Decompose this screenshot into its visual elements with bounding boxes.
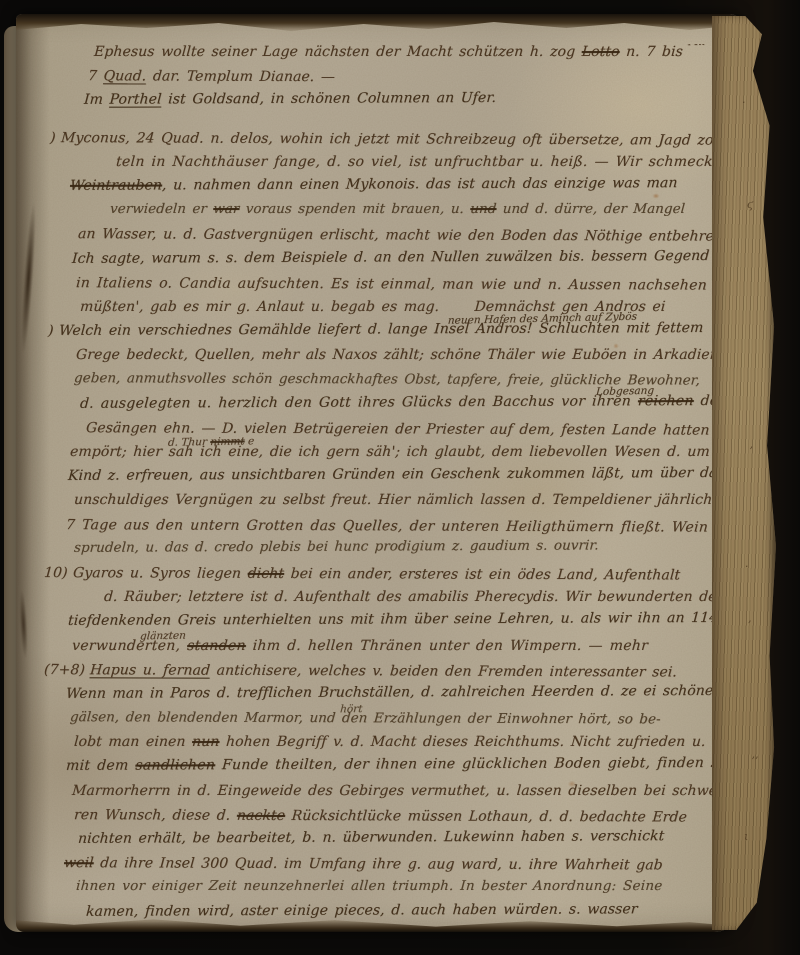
interlinear-annotation: hört (340, 703, 363, 715)
handwriting-text: in Italiens o. Candia aufsuchten. Es ist… (75, 275, 707, 293)
handwriting-text: weil da ihre Insel 300 Quad. im Umfang i… (63, 855, 663, 873)
handwriting-line: 10)Gyaros u. Syros liegen dicht bei ein … (40, 565, 730, 592)
handwriting-line: )Myconus, 24 Quad. n. delos, wohin ich j… (40, 130, 730, 157)
handwriting-text: verwiedeln er war voraus spenden mit bra… (109, 202, 685, 217)
paragraph-marker: ) (49, 130, 56, 146)
handwriting-line: nichten erhält, be bearbeitet, b. n. übe… (40, 828, 730, 855)
manuscript-page: 5 Ephesus wollte seiner Lage nächsten de… (16, 14, 740, 932)
handwriting-line: unschuldiges Vergnügen zu selbst freut. … (40, 492, 730, 516)
handwriting-text: ihnen vor einiger Zeit neunzehnerlei all… (75, 879, 663, 894)
handwriting-text: Wenn man in Paros d. trefflichen Bruchst… (65, 683, 722, 702)
handwriting-line: Ich sagte, warum s. s. dem Beispiele d. … (40, 247, 730, 274)
handwriting-line: Gesängen ehn. — D. vielen Betrügereien d… (40, 420, 730, 447)
paragraph-marker: (7+8) (43, 662, 85, 678)
handwriting-text: teln in Nachthäuser fange, d. so viel, i… (115, 154, 730, 170)
handwriting-line: Ephesus wollte seiner Lage nächsten der … (40, 44, 730, 68)
handwriting-line: Im Porthel ist Goldsand, in schönen Colu… (40, 89, 730, 116)
handwriting-line: Marmorherrn in d. Eingeweide des Gebirge… (40, 783, 730, 807)
handwriting-text: unschuldiges Vergnügen zu selbst freut. … (73, 492, 712, 508)
stray-ink-mark: , (748, 612, 752, 625)
handwriting-text: Im Porthel ist Goldsand, in schönen Colu… (83, 90, 496, 108)
stray-ink-mark: · (742, 96, 746, 109)
stray-ink-mark: · (745, 560, 749, 573)
paragraph-marker: ) (47, 323, 54, 339)
handwriting-text: an Wasser, u. d. Gastvergnügen erlischt,… (77, 226, 728, 244)
handwriting-line: verwiedeln er war voraus spenden mit bra… (40, 202, 730, 226)
interlinear-annotation: Lobgesang (595, 384, 654, 397)
paragraph-marker: 10) (43, 565, 68, 581)
handwriting-line: Wenn man in Paros d. trefflichen Bruchst… (40, 683, 730, 710)
handwriting-line: verwunderten, standen ihm d. hellen Thrä… (40, 638, 730, 662)
interlinear-annotation: d. Thur nimmt e (168, 435, 255, 449)
handwriting-text: kamen, finden wird, aster einige pieces,… (85, 901, 638, 920)
book-fore-edge (712, 16, 776, 930)
handwriting-text: Weintrauben, u. nahmen dann einen Mykono… (69, 175, 678, 194)
stray-ink-mark: ι (744, 830, 748, 843)
handwriting-line: d. ausgelegten u. herzlich den Gott ihre… (40, 392, 730, 419)
manuscript-text: Ephesus wollte seiner Lage nächsten der … (40, 44, 730, 922)
handwriting-text: ren Wunsch, diese d. nackte Rücksichtlüc… (73, 807, 687, 825)
handwriting-line: Grege bedeckt, Quellen, mehr als Naxos z… (40, 347, 730, 371)
handwriting-text: Grege bedeckt, Quellen, mehr als Naxos z… (75, 347, 719, 363)
photograph-background: 5 Ephesus wollte seiner Lage nächsten de… (0, 0, 800, 955)
handwriting-text: lobt man einen nun hohen Begriff v. d. M… (73, 734, 706, 750)
page-top-deckle-edge (16, 14, 740, 34)
handwriting-text: nichten erhält, be bearbeitet, b. n. übe… (77, 828, 664, 847)
interlinear-annotation: Mil (688, 44, 706, 48)
handwriting-text: Myconus, 24 Quad. n. delos, wohin ich je… (60, 130, 730, 149)
handwriting-text: Hapus u. fernad antichisere, welches v. … (89, 662, 677, 680)
interlinear-annotation: glänzten (140, 629, 187, 642)
handwriting-text: 7 Quad. dar. Templum Dianae. — (87, 68, 335, 85)
handwriting-text: 7 Tage aus den untern Grotten das Quelle… (65, 517, 730, 536)
handwriting-line: teln in Nachthäuser fange, d. so viel, i… (40, 154, 730, 178)
handwriting-text: gälsen, den blendenden Marmor, und den E… (69, 710, 661, 727)
handwriting-line: Weintrauben, u. nahmen dann einen Mykono… (40, 175, 730, 202)
handwriting-text: Marmorherrn in d. Eingeweide des Gebirge… (71, 783, 722, 799)
handwriting-text: d. Räuber; letztere ist d. Aufenthalt de… (103, 589, 726, 605)
handwriting-text: Ich sagte, warum s. s. dem Beispiele d. … (71, 247, 709, 266)
handwriting-text: Kind z. erfreuen, aus unsichtbaren Gründ… (67, 465, 730, 484)
handwriting-line: mit dem sandlichen Funde theilten, der i… (40, 755, 730, 782)
handwriting-text: sprudeln, u. das d. credo plebis bei hun… (73, 538, 599, 555)
handwriting-line: weil da ihre Insel 300 Quad. im Umfang i… (40, 855, 730, 882)
stray-ink-mark: ʼʼ (751, 755, 758, 768)
handwriting-text: Ephesus wollte seiner Lage nächsten der … (93, 44, 683, 60)
handwriting-line: sprudeln, u. das d. credo plebis bei hun… (40, 538, 730, 565)
handwriting-line: Kind z. erfreuen, aus unsichtbaren Gründ… (40, 465, 730, 492)
handwriting-line: gälsen, den blendenden Marmor, und den E… (40, 710, 730, 737)
handwriting-text: mit dem sandlichen Funde theilten, der i… (65, 755, 723, 774)
stray-ink-mark: ϛ (747, 198, 753, 211)
handwriting-line: kamen, finden wird, aster einige pieces,… (40, 900, 730, 922)
handwriting-line: in Italiens o. Candia aufsuchten. Es ist… (40, 275, 730, 302)
handwriting-line: ihnen vor einiger Zeit neunzehnerlei all… (40, 879, 730, 903)
handwriting-text: Gyaros u. Syros liegen dicht bei ein and… (72, 565, 680, 583)
stray-ink-mark: – (258, 908, 264, 921)
handwriting-text: tiefdenkenden Greis unterhielten uns mit… (67, 610, 718, 629)
handwriting-line: )Welch ein verschiednes Gemählde liefert… (40, 320, 730, 347)
stray-ink-mark: ʼ (749, 445, 753, 458)
